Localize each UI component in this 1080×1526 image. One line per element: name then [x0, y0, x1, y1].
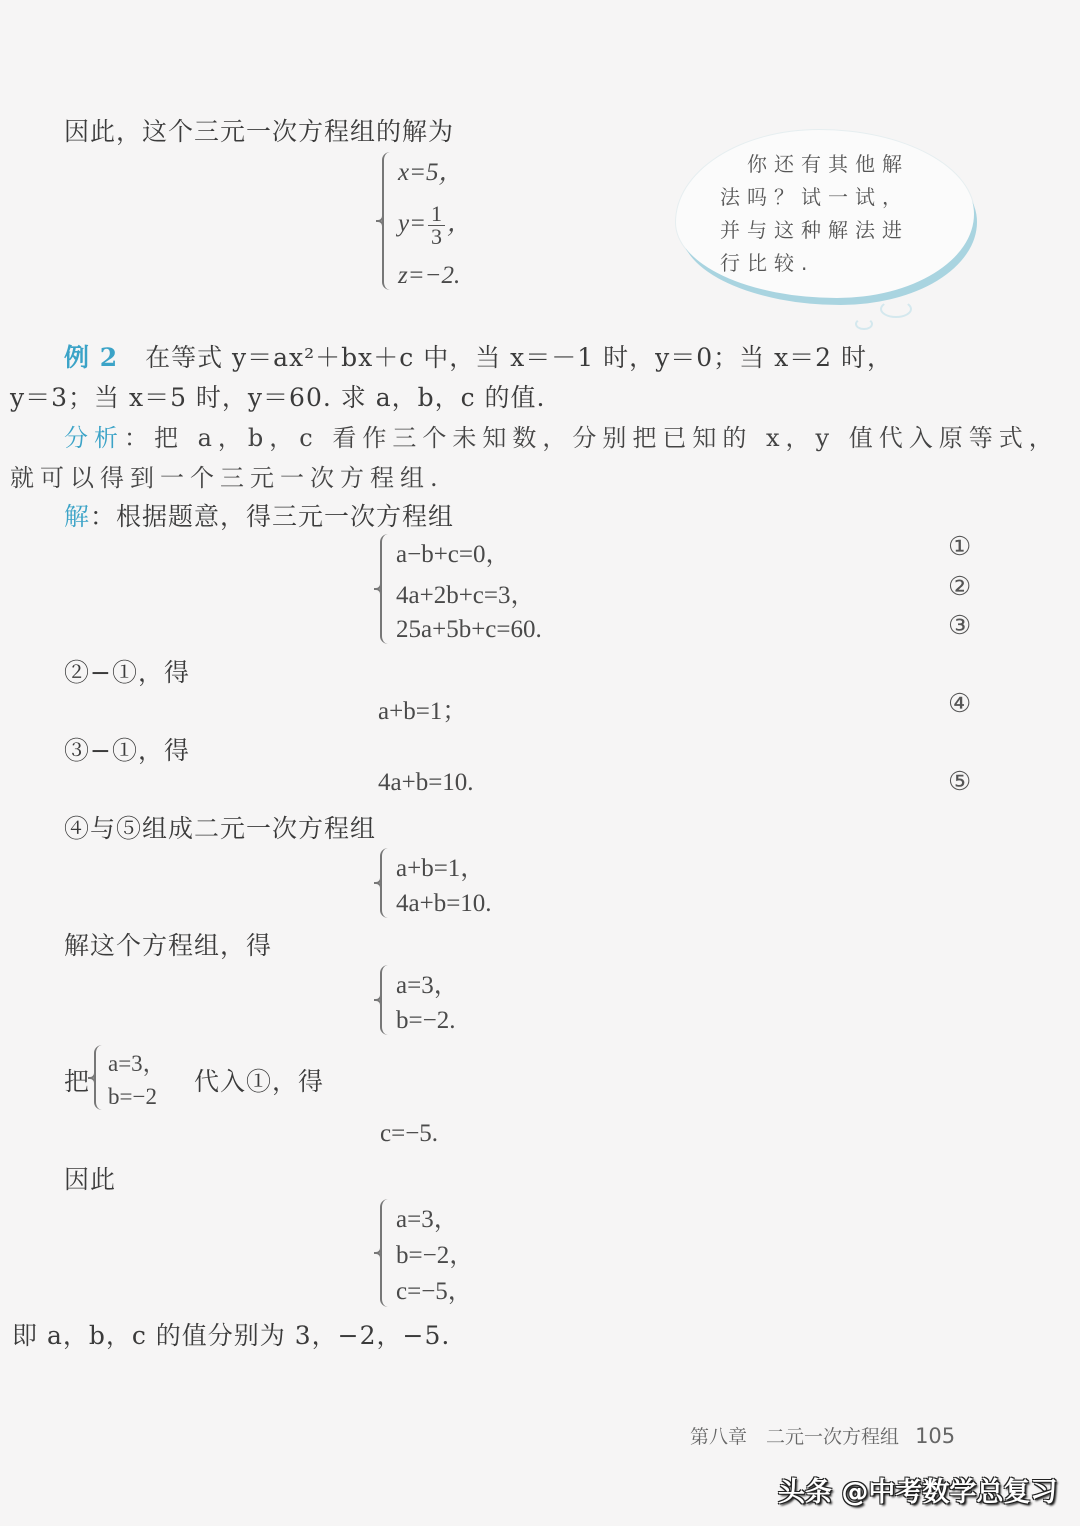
- equation-1: a−b+c=0，: [396, 534, 542, 570]
- watermark: 头条 @中考数学总复习: [778, 1470, 1057, 1509]
- two-var-system: a+b=1， 4a+b=10.: [380, 848, 492, 918]
- brace-icon: [380, 534, 392, 644]
- equation-3: 25a+5b+c=60.: [396, 616, 542, 644]
- brace-icon: [380, 965, 392, 1035]
- page-number: 105: [915, 1424, 955, 1448]
- equation-tag-4: ④: [948, 689, 971, 719]
- example-label: 例 2: [64, 343, 118, 372]
- solution-y: y=13，: [398, 203, 472, 248]
- conclusion-text: 即 a，b，c 的值分别为 3，−2，−5.: [12, 1316, 450, 1352]
- bubble-puff: [855, 318, 873, 330]
- therefore-text: 因此: [64, 1160, 116, 1196]
- equation-2: 4a+2b+c=3，: [396, 575, 542, 611]
- solve-text: 解这个方程组，得: [64, 926, 272, 962]
- subst-prefix: 把: [64, 1062, 90, 1098]
- analysis-label: 分析: [64, 424, 124, 452]
- c-result: c=−5.: [380, 1120, 438, 1148]
- solution-z: z=−2.: [398, 262, 472, 290]
- analysis-line-2: 就可以得到一个三元一次方程组.: [10, 458, 444, 493]
- combine-text: ④与⑤组成二元一次方程组: [64, 809, 376, 845]
- three-var-system: a−b+c=0， 4a+2b+c=3， 25a+5b+c=60.: [380, 534, 542, 644]
- equation-tag-2: ②: [948, 572, 971, 602]
- equation-tag-1: ①: [948, 532, 971, 562]
- step1-equation: a+b=1；: [378, 691, 467, 727]
- step2-equation: 4a+b=10.: [378, 769, 474, 797]
- brace-icon: [380, 848, 392, 918]
- solution-label: 解: [64, 502, 90, 531]
- brace-icon: [380, 1199, 392, 1307]
- step2-text: ③−①，得: [64, 731, 190, 767]
- thought-bubble-text: 你还有其他解法吗？试一试，并与这种解法进行比较.: [720, 148, 930, 280]
- solution-x: x=5，: [398, 152, 472, 188]
- brace-icon: [382, 152, 394, 290]
- equation-tag-5: ⑤: [948, 767, 971, 797]
- page-footer: 第八章 二元一次方程组 105: [690, 1422, 955, 1449]
- final-solution-system: a=3， b=−2， c=−5，: [380, 1199, 474, 1307]
- example-line-2: y＝3；当 x＝5 时，y＝60. 求 a，b，c 的值.: [10, 378, 546, 414]
- example-line-1: 例 2 在等式 y＝ax²＋bx＋c 中，当 x＝－1 时，y＝0；当 x＝2 …: [64, 338, 893, 374]
- xyz-solution-system: x=5， y=13， z=−2.: [382, 152, 472, 290]
- subst-suffix: 代入①，得: [194, 1062, 324, 1098]
- subst-system: a=3， b=−2: [94, 1045, 166, 1110]
- chapter-title: 第八章 二元一次方程组: [690, 1426, 899, 1448]
- brace-icon: [94, 1045, 104, 1110]
- equation-tag-3: ③: [948, 611, 971, 641]
- step1-text: ②−①，得: [64, 653, 190, 689]
- analysis-line-1: 分析：把 a，b，c 看作三个未知数，分别把已知的 x，y 值代入原等式，: [64, 418, 1059, 453]
- bubble-puff: [880, 300, 912, 318]
- intro-text: 因此，这个三元一次方程组的解为: [64, 112, 454, 148]
- ab-solution-system: a=3， b=−2.: [380, 965, 459, 1035]
- solution-line: 解：根据题意，得三元一次方程组: [64, 497, 454, 533]
